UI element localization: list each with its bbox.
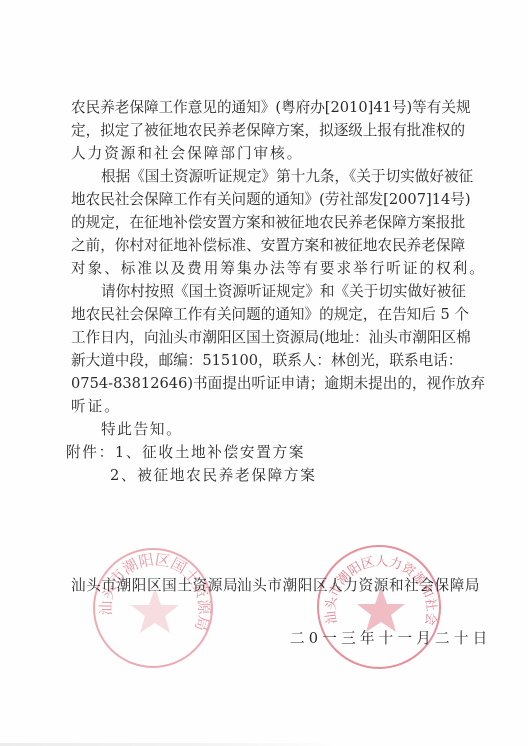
seal-star-icon: 汕头市潮阳区人力资源和社会保障局	[319, 547, 443, 671]
paragraph-1-line-2: 定，拟定了被征地农民养老保障方案，拟逐级上报有批准权的	[71, 123, 461, 139]
paragraph-3-line-4: 新大道中段，邮编：515100，联系人：林创光，联系电话：	[71, 353, 461, 369]
document-page: 农民养老保障工作意见的通知》(粤府办[2010]41号)等有关规 定，拟定了被征…	[0, 0, 528, 746]
attachment-item-1: 1、征收土地补偿安置方案	[115, 444, 305, 461]
paragraph-2-line-5: 对象、标准以及费用筹集办法等有要求举行听证的权利。	[71, 261, 461, 277]
official-seal-human-resources-bureau: 汕头市潮阳区人力资源和社会保障局	[317, 545, 441, 669]
paragraph-1-line-1: 农民养老保障工作意见的通知》(粤府办[2010]41号)等有关规	[71, 100, 461, 116]
seal-star-icon: 汕头市潮阳区国土资源局	[95, 550, 215, 670]
document-date: 二0一三年十一月二十日	[290, 631, 491, 647]
paragraph-3-line-6: 听证。	[71, 399, 461, 415]
paragraph-3-line-2: 地农民社会保障工作有关问题的通知》的规定，在告知后 5 个	[71, 307, 461, 323]
closing-text: 特此告知。	[101, 422, 182, 438]
attachments-label-text: 附件：	[66, 444, 115, 461]
paragraph-2-line-1: 根据《国土资源听证规定》第十九条，《关于切实做好被征	[101, 169, 461, 185]
paragraph-3-line-3: 工作日内，向汕头市潮阳区国土资源局(地址：汕头市潮阳区棉	[71, 330, 461, 346]
official-seal-land-resources-bureau: 汕头市潮阳区国土资源局	[93, 548, 213, 668]
paragraph-2-line-2: 地农民社会保障工作有关问题的通知》(劳社部发[2007]14号)	[71, 192, 461, 208]
paragraph-1-line-3: 人力资源和社会保障部门审核。	[71, 146, 461, 162]
signatory-human-resources-bureau: 汕头市潮阳区人力资源和社会保障局	[237, 578, 480, 594]
signatory-land-resources-bureau: 汕头市潮阳区国土资源局	[71, 578, 238, 594]
attachment-item-2: 2、被征地农民养老保障方案	[110, 468, 317, 484]
paragraph-2-line-4: 之前，你村对征地补偿标准、安置方案和被征地农民养老保障	[71, 238, 461, 254]
paragraph-3-line-1: 请你村按照《国土资源听证规定》和《关于切实做好被征	[101, 284, 461, 300]
attachments-label: 附件：1、征收土地补偿安置方案	[66, 445, 305, 461]
paragraph-3-line-5: 0754-83812646)书面提出听证申请；逾期未提出的，视作放弃	[71, 376, 461, 392]
paragraph-2-line-3: 的规定，在征地补偿安置方案和被征地农民养老保障方案报批	[71, 215, 461, 231]
